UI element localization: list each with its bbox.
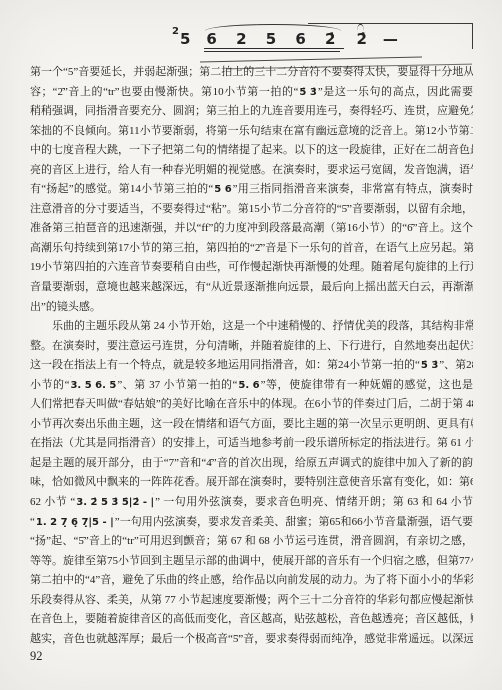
text-line: 中的七度音程大跳，一下子把第二句的情绪提了起来。以下的这一段旋律，正好在二胡音色… [30, 141, 473, 161]
text-run: 高潮乐句持续到第17小节的第三拍，第四拍的“2̇”音是下一乐句的首音，在语气上应… [30, 242, 473, 254]
text-line: 乐曲的主题乐段从第 24 小节开始，这是一个中速稍慢的、抒情优美的段落，其结构非… [30, 317, 473, 337]
text-line: 整。在演奏时，要注意运弓连贯，分句清晰，并随着旋律的上、下行进行，自然地奏出起伏… [30, 337, 473, 357]
text-run: 这一段在指法上有一个特点，就是较多地运用同指滑音，如：第24小节第一拍的“ [30, 359, 420, 371]
text-line: 人们常把春天叫做“春姑娘”的美好比喻在音乐中的体现。在6小节的伴奏过门后，二胡于… [30, 395, 473, 415]
text-line: 亮的音区上进行，给人有一种春光明媚的视觉感。在演奏时，要求运弓宽阔，发音饱满，语… [30, 161, 473, 181]
text-run: 起是主题的展开部分，由于“7”音和“4̇”音的首次出现，给原五声调式的旋律中加入… [30, 457, 473, 469]
text-run: ” 一句用外弦演奏，要求音色明亮、情绪开朗；第 63 和 64 小节 [155, 496, 473, 508]
text-line: 乐段奏得从容、柔美，从第 77 小节起速度要渐慢；两个三十二分音符的华彩句都应慢… [30, 591, 473, 611]
text-run: “扬”起、“5̇”音上的“tr”可用迟到颤音；第 67 和 68 小节运弓连贯，… [30, 535, 473, 547]
text-line: 稍稍强调，同指滑音要充分、圆润；第三拍上的九连音要用连弓，奏得轻巧、连贯，应避免… [30, 102, 473, 122]
text-run: ”、第 37 小节第一拍的“ [117, 379, 237, 391]
text-line: 音量要渐弱，意境也越来越深远，有“从近景逐渐推向远景，最后向上摇出蓝天白云，再渐… [30, 278, 473, 298]
text-line: 注意滑音的分寸要适当，不要奏得过“粘”。第15小节二分音符的“5̇”音要渐弱，以… [30, 200, 473, 220]
text-run: 人们常把春天叫做“春姑娘”的美好比喻在音乐中的体现。在6小节的伴奏过门后，二胡于… [30, 398, 473, 410]
text-line: 准备第三拍琶音的迅速渐强，并以“ff”的力度冲到段落最高潮（第16小节）的“6̇… [30, 219, 473, 239]
first-note: 5 [180, 30, 190, 48]
text-run: 出”的镜头感。 [30, 301, 101, 313]
text-line: 第一个“5”音要延长，并弱起渐强；第二拍上的三十二分音符不要奏得太快，要显得十分… [30, 63, 473, 83]
text-run: 亮的音区上进行，给人有一种春光明媚的视觉感。在演奏时，要求运弓宽阔，发音饱满，语… [30, 164, 473, 176]
text-run: 在音色上，要随着旋律音区的高低而变化，音区越高，贴弦越松，音色越透亮；音区越低，… [30, 613, 473, 625]
inline-notation: 5̇ 3̇ [298, 83, 317, 103]
text-run: ”等，使旋律带有一种妩媚的感觉，这也是 [261, 379, 473, 391]
text-run: 味，恰如微风中飘来的一阵阵花香。展开部在演奏时，要特别注意使音乐富有变化，如：第… [30, 476, 473, 488]
text-run: 乐曲的主题乐段从第 24 小节开始，这是一个中速稍慢的、抒情优美的段落，其结构非… [52, 320, 473, 332]
text-run: 等等。旋律至第75小节回到主题呈示部的曲调中，使展开部的音乐有一个归宿之感，但第… [30, 555, 473, 567]
text-line: 容；“2̇”音上的“tr”也要由慢渐快。第10小节第一拍的“5̇ 3̇”是这一乐… [30, 83, 473, 103]
inline-notation: 5. 6 [237, 376, 260, 396]
scanned-book-page: 256 2 5 6 2̇2̇— 第一个“5”音要延长，并弱起渐强；第二拍上的三十… [0, 0, 502, 690]
text-line: 越实，音色也就越浑厚；最后一个极高音“5̈”音，要求奏得弱而纯净，感觉非常遥远。… [30, 630, 473, 650]
text-run: 整。在演奏时，要注意运弓连贯，分句清晰，并随着旋律的上、下行进行，自然地奏出起伏… [30, 340, 473, 352]
text-run: ”是这一乐句的高点，因此需要 [318, 86, 473, 98]
text-run: 小节的“ [30, 379, 69, 391]
text-line: 等等。旋律至第75小节回到主题呈示部的曲调中，使展开部的音乐有一个归宿之感，但第… [30, 552, 473, 572]
text-run: 在指法（尤其是同指滑音）的安排上，可适当地参考前一段乐谱所标定的指法进行。第 6… [30, 437, 473, 449]
text-line: 这一段在指法上有一个特点，就是较多地运用同指滑音，如：第24小节第一拍的“5̇ … [30, 356, 473, 376]
text-run: ”一句用内弦演奏，要求发音柔美、甜蜜；第65和66小节音量渐强，语气要 [115, 516, 473, 528]
text-line: 62 小节 “3. 2̇ 5 3̇ 5̇|2̇ - |” 一句用外弦演奏，要求音… [30, 493, 473, 513]
text-run: ”用三指同指滑音来演奏，非常富有特点，演奏时 [233, 183, 473, 195]
text-line: 小节再次奏出乐曲主题，这一段在情绪和语气方面，要比主题的第一次呈示更明朗、更具有… [30, 415, 473, 435]
page-number: 92 [30, 649, 43, 664]
text-line: 小节的“3. 5 6. 5”、第 37 小节第一拍的“5. 6”等，使旋律带有一… [30, 376, 473, 396]
text-run: 注意滑音的分寸要适当，不要奏得过“粘”。第15小节二分音符的“5̇”音要渐弱，以… [30, 203, 473, 215]
inline-notation: 1. 2 7̣ 6̣ 7̣|5 - | [35, 513, 115, 533]
text-run: 音量要渐弱，意境也越来越深远，有“从近景逐渐推向远景，最后向上摇出蓝天白云，再渐… [30, 281, 473, 293]
text-line: 高潮乐句持续到第17小节的第三拍，第四拍的“2̇”音是下一乐句的首音，在语气上应… [30, 239, 473, 259]
text-run: 有“扬起”的感觉。第14小节第三拍的“ [30, 183, 213, 195]
text-line: 出”的镜头感。 [30, 298, 473, 318]
text-run: 乐段奏得从容、柔美，从第 77 小节起速度要渐慢；两个三十二分音符的华彩句都应慢… [30, 594, 473, 606]
text-run: 中的七度音程大跳，一下子把第二句的情绪提了起来。以下的这一段旋律，正好在二胡音色… [30, 144, 473, 156]
text-line: 起是主题的展开部分，由于“7”音和“4̇”音的首次出现，给原五声调式的旋律中加入… [30, 454, 473, 474]
inline-notation: 5̇ 3̇ [420, 356, 439, 376]
meter-numeral: 2 [172, 26, 179, 37]
inline-notation: 3. 2̇ 5 3̇ 5̇|2̇ - | [75, 493, 155, 513]
text-run: 19小节第四拍的六连音节奏要稍自由些，可作慢起渐快再渐慢的处理。随着尾句旋律的上… [30, 261, 473, 273]
inline-notation: 3. 5 6. 5 [69, 376, 117, 396]
text-run: 稍稍强调，同指滑音要充分、圆润；第三拍上的九连音要用连弓，奏得轻巧、连贯，应避免… [30, 105, 473, 117]
text-line: “1. 2 7̣ 6̣ 7̣|5 - |”一句用内弦演奏，要求发音柔美、甜蜜；第… [30, 513, 473, 533]
text-line: 19小节第四拍的六连音节奏要稍自由些，可作慢起渐快再渐慢的处理。随着尾句旋律的上… [30, 258, 473, 278]
inline-notation: 5 6 [213, 180, 232, 200]
text-line: 笨拙的不良倾向。第11小节要渐弱，将第一乐句结束在富有幽远意境的泛音上。第12小… [30, 122, 473, 142]
text-run: 准备第三拍琶音的迅速渐强，并以“ff”的力度冲到段落最高潮（第16小节）的“6̇… [30, 222, 473, 234]
text-line: 味，恰如微风中飘来的一阵阵花香。展开部在演奏时，要特别注意使音乐富有变化，如：第… [30, 473, 473, 493]
text-run: 第二拍中的“4”音，避免了乐曲的终止感，给作品以向前发展的动力。为了将下面小小的… [30, 574, 473, 586]
text-line: 第二拍中的“4”音，避免了乐曲的终止感，给作品以向前发展的动力。为了将下面小小的… [30, 571, 473, 591]
page-body: 第一个“5”音要延长，并弱起渐强；第二拍上的三十二分音符不要奏得太快，要显得十分… [30, 63, 473, 649]
text-run: 第一个“5”音要延长，并弱起渐强；第二拍上的三十二分音符不要奏得太快，要显得十分… [30, 66, 473, 78]
system-bracket [308, 23, 473, 49]
text-run: 62 小节 “ [30, 496, 75, 508]
text-run: 容；“2̇”音上的“tr”也要由慢渐快。第10小节第一拍的“ [30, 86, 298, 98]
text-line: 有“扬起”的感觉。第14小节第三拍的“5 6”用三指同指滑音来演奏，非常富有特点… [30, 180, 473, 200]
text-run: 笨拙的不良倾向。第11小节要渐弱，将第一乐句结束在富有幽远意境的泛音上。第12小… [30, 125, 473, 137]
text-line: “扬”起、“5̇”音上的“tr”可用迟到颤音；第 67 和 68 小节运弓连贯，… [30, 532, 473, 552]
text-run: ”、第28 [439, 359, 473, 371]
text-run: 小节再次奏出乐曲主题，这一段在情绪和语气方面，要比主题的第一次呈示更明朗、更具有… [30, 418, 473, 430]
text-line: 在指法（尤其是同指滑音）的安排上，可适当地参考前一段乐谱所标定的指法进行。第 6… [30, 434, 473, 454]
text-run: 越实，音色也就越浑厚；最后一个极高音“5̈”音，要求奏得弱而纯净，感觉非常遥远。… [30, 633, 473, 645]
text-line: 在音色上，要随着旋律音区的高低而变化，音区越高，贴弦越松，音色越透亮；音区越低，… [30, 610, 473, 630]
